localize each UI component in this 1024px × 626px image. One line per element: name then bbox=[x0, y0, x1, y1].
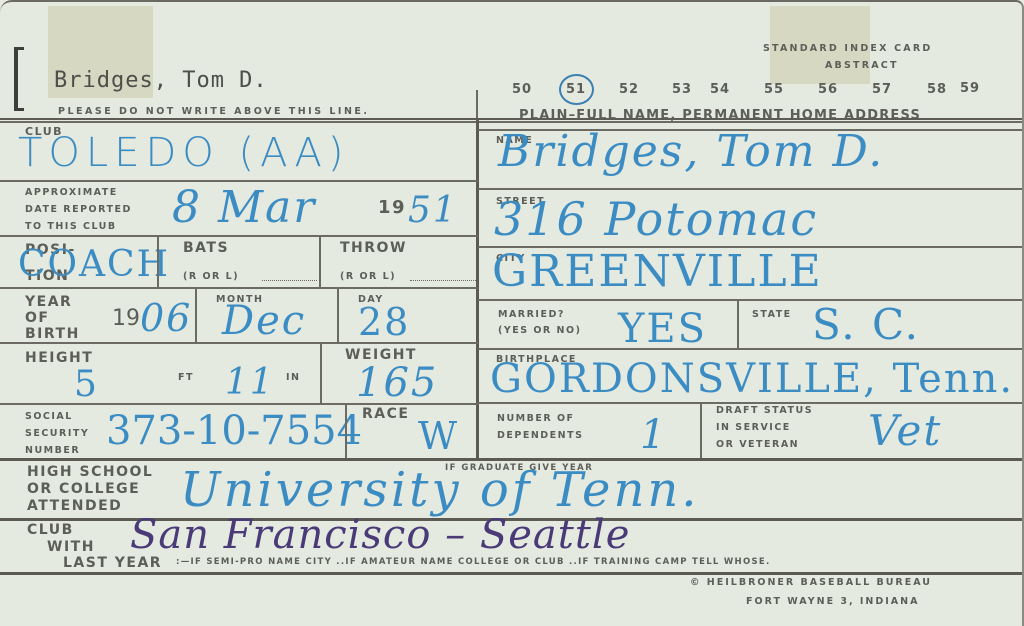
height-line bbox=[0, 403, 478, 405]
index-card: Bridges, Tom D. PLEASE DO NOT WRITE ABOV… bbox=[0, 0, 1024, 626]
throw-label: THROW bbox=[340, 240, 407, 256]
street-value[interactable]: 316 Potomac bbox=[494, 192, 818, 246]
ssn-label-3: NUMBER bbox=[25, 446, 80, 457]
yob-prefix: 19 bbox=[112, 306, 140, 331]
yob-label-3: BIRTH bbox=[25, 326, 80, 342]
typed-name: Bridges, Tom D. bbox=[54, 68, 268, 93]
school-value[interactable]: University of Tenn. bbox=[180, 462, 700, 518]
day-value[interactable]: 28 bbox=[358, 300, 410, 344]
married-value[interactable]: YES bbox=[618, 306, 707, 352]
height-ft-unit: FT bbox=[178, 373, 194, 384]
school-label-1: HIGH SCHOOL bbox=[27, 464, 153, 480]
birthplace-line bbox=[478, 402, 1024, 404]
weight-value[interactable]: 165 bbox=[356, 360, 438, 406]
weight-vline bbox=[320, 343, 322, 404]
bats-label: BATS bbox=[183, 240, 229, 256]
date-year-prefix: 19 bbox=[378, 198, 406, 219]
date-year-value[interactable]: 51 bbox=[408, 190, 458, 231]
draft-vline bbox=[700, 403, 702, 458]
year-tab-58[interactable]: 58 bbox=[927, 82, 947, 97]
race-vline bbox=[345, 404, 347, 458]
month-vline bbox=[195, 288, 197, 342]
year-tab-50[interactable]: 50 bbox=[512, 82, 532, 97]
last-club-label-1: CLUB bbox=[27, 522, 74, 538]
header-vline bbox=[476, 90, 478, 120]
draft-value[interactable]: Vet bbox=[868, 406, 942, 455]
ssn-label-1: SOCIAL bbox=[25, 412, 73, 423]
bats-input[interactable] bbox=[262, 280, 317, 281]
date-reported-value[interactable]: 8 Mar bbox=[172, 182, 316, 233]
card-subtitle: ABSTRACT bbox=[825, 61, 899, 72]
date-reported-label-2: DATE REPORTED bbox=[25, 205, 132, 216]
last-club-label-2: WITH bbox=[47, 539, 95, 555]
city-value[interactable]: GREENVILLE bbox=[492, 246, 823, 297]
year-tab-54[interactable]: 54 bbox=[710, 82, 730, 97]
club-value[interactable]: TOLEDO (AA) bbox=[18, 130, 350, 176]
birthplace-value[interactable]: GORDONSVILLE, Tenn. bbox=[490, 356, 1014, 402]
race-value[interactable]: W bbox=[418, 414, 459, 458]
yob-label-1: YEAR bbox=[25, 294, 72, 310]
year-tab-57[interactable]: 57 bbox=[872, 82, 892, 97]
height-in-unit: IN bbox=[286, 373, 301, 384]
race-label: RACE bbox=[362, 406, 409, 422]
married-line bbox=[478, 348, 1024, 350]
last-club-hint: :—IF SEMI-PRO NAME CITY ..IF AMATEUR NAM… bbox=[176, 558, 771, 568]
ssn-value[interactable]: 373-10-7554 bbox=[106, 408, 362, 454]
height-ft-value[interactable]: 5 bbox=[74, 364, 99, 405]
draft-label-3: OR VETERAN bbox=[716, 440, 799, 451]
year-tab-55[interactable]: 55 bbox=[764, 82, 784, 97]
married-label-1: MARRIED? bbox=[498, 310, 565, 321]
year-tab-52[interactable]: 52 bbox=[619, 82, 639, 97]
date-reported-label-3: TO THIS CLUB bbox=[25, 222, 117, 233]
state-vline bbox=[737, 300, 739, 348]
name-value[interactable]: Bridges, Tom D. bbox=[498, 126, 884, 177]
date-reported-label-1: APPROXIMATE bbox=[25, 188, 118, 199]
throw-input[interactable] bbox=[410, 280, 476, 281]
year-tab-56[interactable]: 56 bbox=[818, 82, 838, 97]
state-value[interactable]: S. C. bbox=[812, 300, 920, 349]
position-value[interactable]: COACH bbox=[18, 244, 170, 285]
year-tab-53[interactable]: 53 bbox=[672, 82, 692, 97]
birth-line bbox=[0, 342, 478, 344]
dependents-value[interactable]: 1 bbox=[640, 412, 667, 458]
draft-label-2: IN SERVICE bbox=[716, 423, 791, 434]
last-club-bottom-line bbox=[0, 572, 1024, 575]
married-label-2: (YES OR NO) bbox=[498, 326, 581, 337]
month-value[interactable]: Dec bbox=[222, 298, 306, 344]
dependents-label-2: DEPENDENTS bbox=[497, 431, 583, 442]
day-vline bbox=[337, 288, 339, 342]
publisher-credit: © HEILBRONER BASEBALL BUREAU bbox=[690, 578, 932, 589]
school-top-line bbox=[0, 458, 1024, 461]
school-label-3: ATTENDED bbox=[27, 498, 122, 514]
position-line bbox=[0, 287, 478, 289]
address-heading: PLAIN–FULL NAME, PERMANENT HOME ADDRESS bbox=[519, 109, 921, 124]
bracket-mark bbox=[14, 47, 24, 111]
state-label: STATE bbox=[752, 310, 792, 321]
dependents-label-1: NUMBER OF bbox=[497, 414, 575, 425]
bats-hint: (R OR L) bbox=[183, 272, 239, 283]
draft-label-1: DRAFT STATUS bbox=[716, 406, 813, 417]
card-title: STANDARD INDEX CARD bbox=[763, 44, 932, 55]
name-line bbox=[478, 188, 1024, 190]
bats-vline bbox=[157, 236, 159, 288]
throw-hint: (R OR L) bbox=[340, 272, 396, 283]
year-circle-mark bbox=[559, 74, 594, 105]
year-tab-59[interactable]: 59 bbox=[960, 81, 980, 96]
city-line bbox=[478, 299, 1024, 301]
date-line bbox=[0, 235, 478, 237]
ssn-label-2: SECURITY bbox=[25, 429, 89, 440]
publisher-address: FORT WAYNE 3, INDIANA bbox=[746, 597, 919, 608]
throw-vline bbox=[319, 236, 321, 288]
height-in-value[interactable]: 11 bbox=[225, 362, 275, 403]
yob-value[interactable]: 06 bbox=[140, 296, 192, 340]
last-club-value[interactable]: San Francisco – Seattle bbox=[130, 512, 630, 558]
school-label-2: OR COLLEGE bbox=[27, 481, 140, 497]
yob-label-2: OF bbox=[25, 310, 49, 326]
do-not-write-notice: PLEASE DO NOT WRITE ABOVE THIS LINE. bbox=[58, 107, 370, 118]
